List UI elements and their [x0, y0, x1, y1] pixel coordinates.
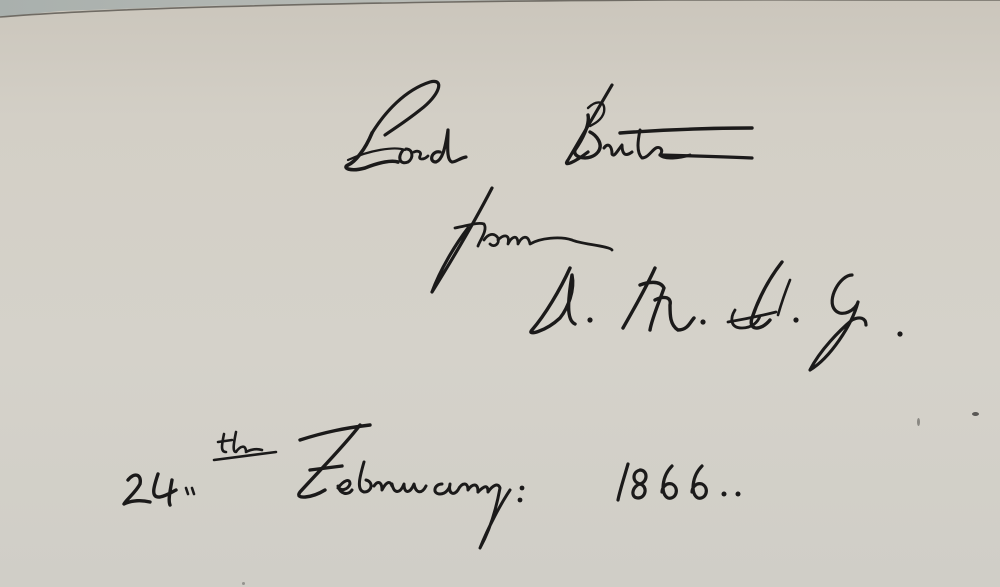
- handwriting-lord-bute: [346, 81, 752, 169]
- handwriting-date: [124, 425, 741, 548]
- paper-speck: [242, 582, 245, 585]
- paper-speck: [917, 418, 920, 426]
- handwriting-initials: [531, 262, 903, 370]
- paper-speck: [972, 412, 979, 416]
- handwriting-from: [432, 188, 612, 292]
- handwriting-layer: [0, 0, 1000, 587]
